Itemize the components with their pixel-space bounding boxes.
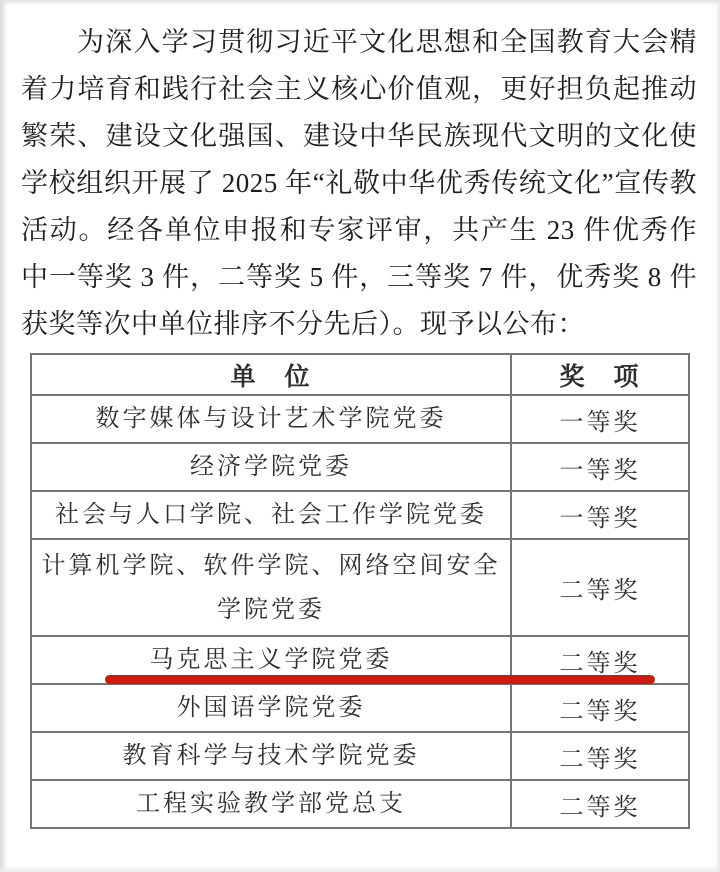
unit-cell: 工程实验教学部党总支: [31, 780, 511, 828]
scan-edge-right: [716, 0, 720, 872]
table-row: 数字媒体与设计艺术学院党委 一等奖: [31, 395, 689, 443]
notice-paragraph: 为深入学习贯彻习近平文化思想和全国教育大会精神， 着力培育和践行社会主义核心价值…: [21, 19, 697, 348]
unit-cell: 数字媒体与设计艺术学院党委: [31, 395, 511, 443]
table-row: 经济学院党委 一等奖: [31, 443, 689, 491]
award-cell: 一等奖: [511, 443, 689, 491]
scan-edge-bottom: [0, 866, 720, 872]
table-header-row: 单 位 奖 项: [31, 354, 689, 395]
document-page: 为深入学习贯彻习近平文化思想和全国教育大会精神， 着力培育和践行社会主义核心价值…: [0, 0, 720, 872]
awards-table: 单 位 奖 项 数字媒体与设计艺术学院党委 一等奖 经济学院党委 一等奖 社会与…: [30, 353, 690, 829]
award-cell: 一等奖: [511, 395, 689, 443]
unit-cell: 计算机学院、软件学院、网络空间安全 学院党委: [31, 539, 511, 636]
scan-edge-top: [0, 0, 720, 5]
paragraph-line-4: 学校组织开展了 2025 年“礼敬中华优秀传统文化”宣传教育: [21, 160, 697, 207]
paragraph-line-5: 活动。经各单位申报和专家评审，共产生 23 件优秀作品，其: [21, 207, 697, 254]
table-row: 外国语学院党委 二等奖: [31, 684, 689, 732]
paragraph-line-3: 繁荣、建设文化强国、建设中华民族现代文明的文化使命，: [21, 113, 697, 160]
table-row: 工程实验教学部党总支 二等奖: [31, 780, 689, 828]
unit-cell: 教育科学与技术学院党委: [31, 732, 511, 780]
scan-edge-left: [0, 0, 7, 872]
table-row: 教育科学与技术学院党委 二等奖: [31, 732, 689, 780]
award-cell: 二等奖: [511, 539, 689, 636]
paragraph-line-1: 为深入学习贯彻习近平文化思想和全国教育大会精神，: [21, 19, 697, 66]
award-cell: 一等奖: [511, 491, 689, 539]
table-row: 计算机学院、软件学院、网络空间安全 学院党委 二等奖: [31, 539, 689, 636]
award-cell: 二等奖: [511, 780, 689, 828]
unit-cell: 社会与人口学院、社会工作学院党委: [31, 491, 511, 539]
table-row: 社会与人口学院、社会工作学院党委 一等奖: [31, 491, 689, 539]
award-cell: 二等奖: [511, 732, 689, 780]
paragraph-line-6: 中一等奖 3 件，二等奖 5 件，三等奖 7 件，优秀奖 8 件（各: [21, 254, 697, 301]
paragraph-line-2: 着力培育和践行社会主义核心价值观，更好担负起推动文化: [21, 66, 697, 113]
red-highlight-underline: [105, 675, 655, 684]
unit-cell: 外国语学院党委: [31, 684, 511, 732]
paragraph-line-7: 获奖等次中单位排序不分先后）。现予以公布：: [21, 301, 697, 348]
col-header-award: 奖 项: [511, 354, 689, 395]
unit-cell: 经济学院党委: [31, 443, 511, 491]
award-cell: 二等奖: [511, 684, 689, 732]
col-header-unit: 单 位: [31, 354, 511, 395]
